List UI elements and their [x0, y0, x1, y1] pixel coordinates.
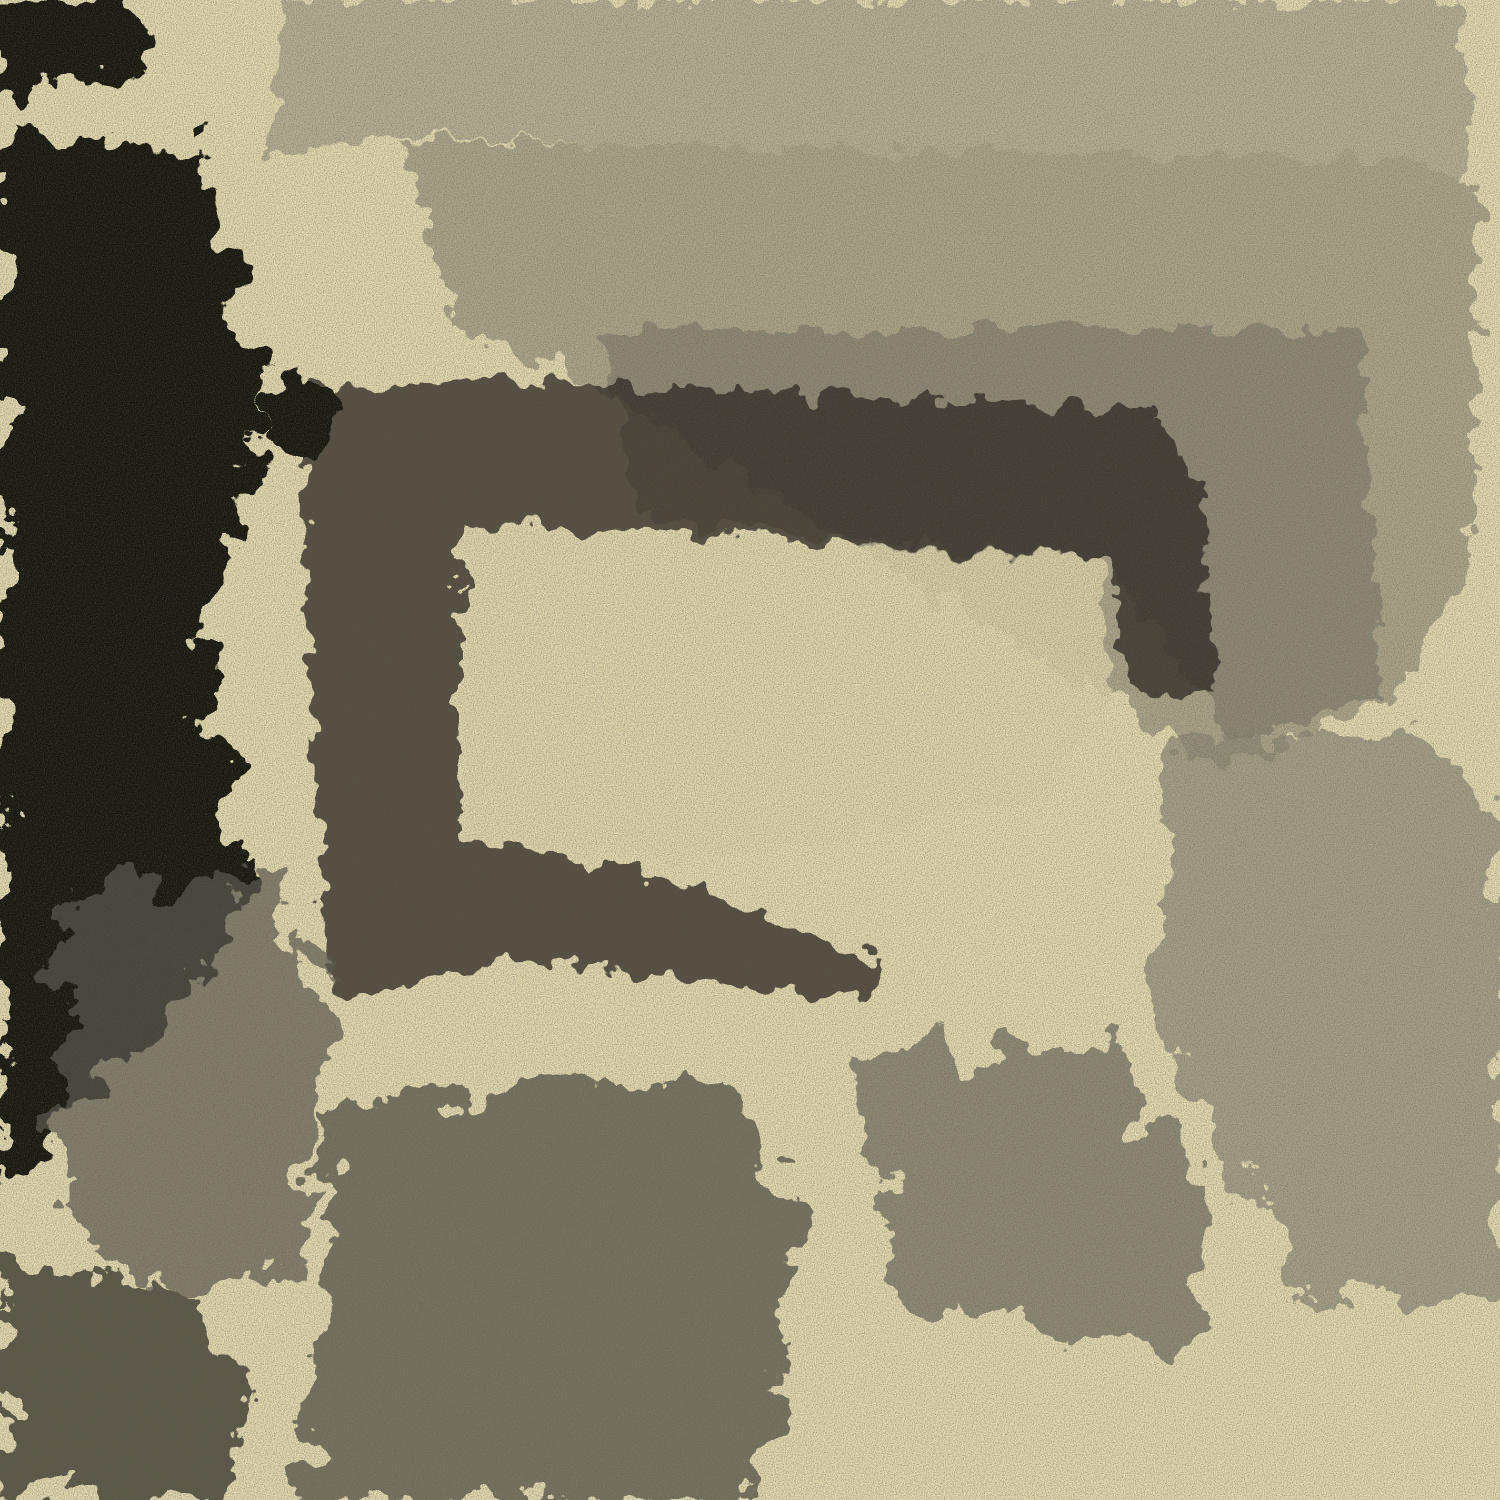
- ink-layer: [0, 0, 1500, 1500]
- abstract-print: [0, 0, 1500, 1500]
- ink-grain: [0, 0, 1500, 1500]
